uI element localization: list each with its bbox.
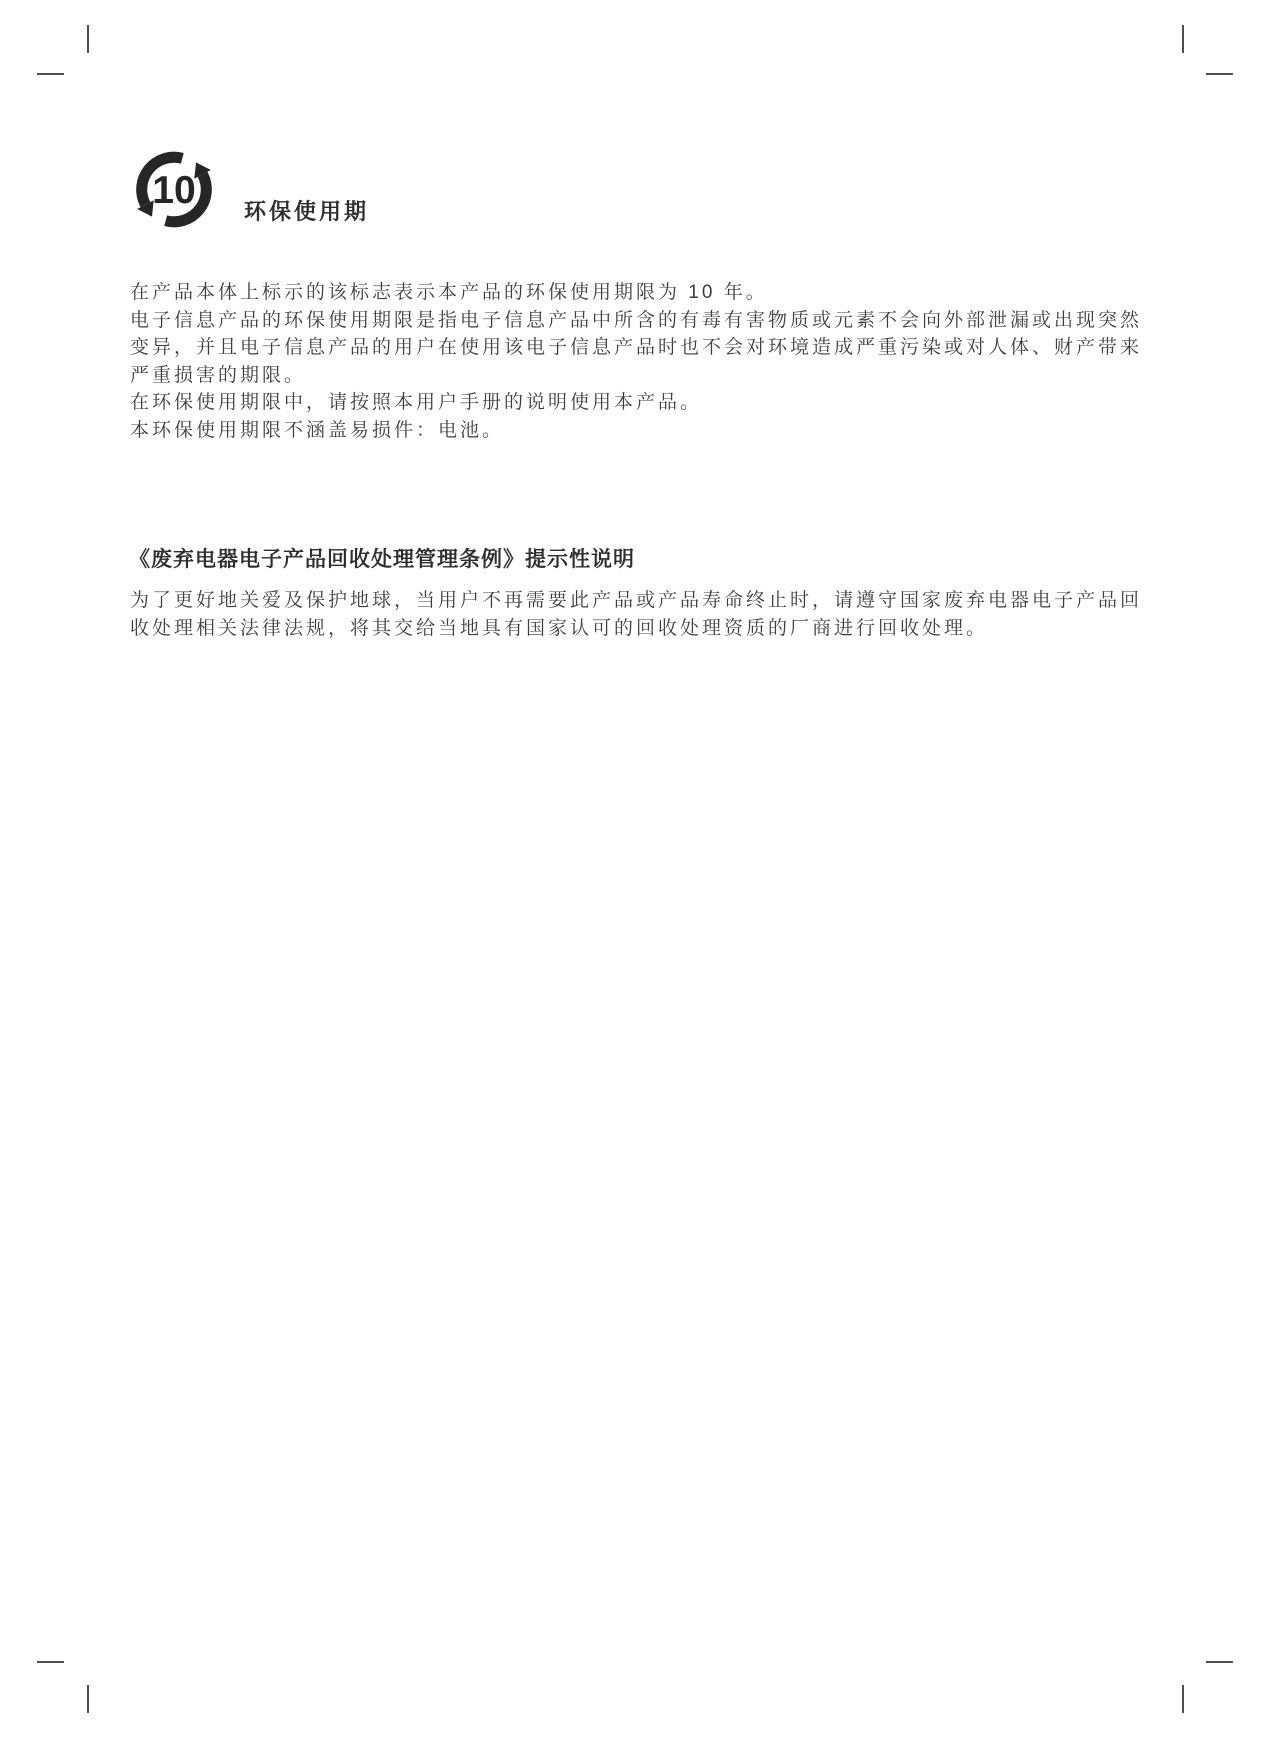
crop-mark-bottom-right-horizontal	[1206, 1661, 1233, 1663]
crop-mark-top-left-vertical	[87, 25, 89, 53]
crop-mark-bottom-right-vertical	[1182, 1685, 1184, 1713]
document-page: 10 环保使用期 在产品本体上标示的该标志表示本产品的环保使用期限为 10 年。…	[0, 0, 1270, 1739]
recycling-notice-paragraph: 为了更好地关爱及保护地球，当用户不再需要此产品或产品寿命终止时，请遵守国家废弃电…	[130, 587, 1250, 642]
efup-paragraph: 在产品本体上标示的该标志表示本产品的环保使用期限为 10 年。 电子信息产品的环…	[130, 279, 1250, 445]
efup-years-number: 10	[152, 169, 195, 212]
crop-mark-top-left-horizontal	[37, 73, 64, 75]
recycle-period-10-icon: 10	[130, 147, 218, 232]
crop-mark-top-right-horizontal	[1206, 73, 1233, 75]
crop-mark-top-right-vertical	[1182, 25, 1184, 53]
crop-mark-bottom-left-vertical	[87, 1685, 89, 1713]
crop-mark-bottom-left-horizontal	[37, 1661, 64, 1663]
efup-logo-row: 10 环保使用期	[130, 147, 369, 232]
efup-label: 环保使用期	[244, 195, 369, 226]
recycling-notice-heading: 《废弃电器电子产品回收处理管理条例》提示性说明	[129, 543, 635, 573]
